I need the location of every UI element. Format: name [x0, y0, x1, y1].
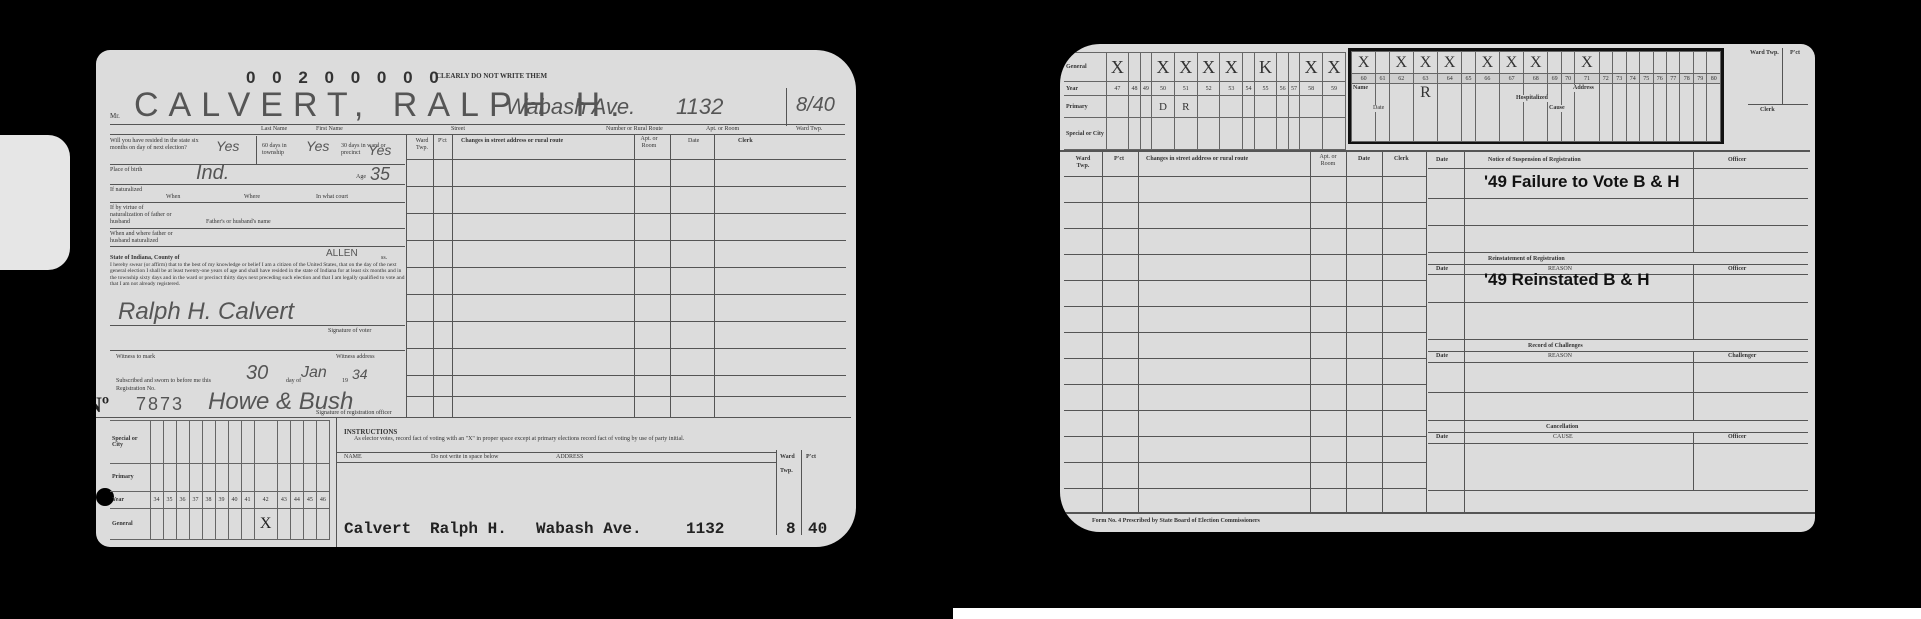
year-cell: 74	[1626, 74, 1639, 84]
typed-last-name: Calvert	[344, 520, 411, 538]
year-cell: 58	[1300, 82, 1323, 96]
corner-pct: P'ct	[1790, 50, 1800, 57]
value-residence-state: Yes	[216, 138, 239, 154]
label-when-where-father: When and where father or husband natural…	[110, 231, 175, 245]
label-do-not-write: Do not write in space below	[431, 454, 498, 461]
label-where: Where	[244, 194, 260, 201]
general-vote-mark: X	[1300, 53, 1323, 82]
year-cell: 57	[1288, 82, 1299, 96]
year-cell: 78	[1680, 74, 1693, 84]
row-label-year: Year	[1064, 82, 1106, 96]
suspension-entry: '49 Failure to Vote B & H	[1484, 172, 1679, 192]
general-vote-mark: X	[1438, 52, 1462, 74]
value-sworn-day: 30	[246, 362, 268, 385]
label-street: Street	[451, 126, 465, 133]
header-ward-twp: Ward Twp.	[1070, 156, 1096, 170]
label-residence-state: Will you have resided in the state six m…	[110, 138, 210, 152]
general-vote-mark: K	[1254, 53, 1277, 82]
street-handwritten: Wabash Ave.	[506, 94, 635, 120]
general-vote-mark: X	[1389, 52, 1413, 74]
voter-signature: Ralph H. Calvert	[118, 298, 294, 326]
year-cell: 64	[1438, 74, 1462, 84]
year-cell: 76	[1653, 74, 1666, 84]
label-residence-township: 60 days in township	[262, 143, 302, 157]
row-label-general: General	[110, 508, 150, 539]
year-cell: 75	[1640, 74, 1653, 84]
year-cell: 41	[241, 491, 254, 508]
year-cell: 66	[1475, 74, 1499, 84]
year-cell: 73	[1613, 74, 1626, 84]
label-twp-bottom: Twp.	[780, 468, 793, 475]
label-witness-address: Witness address	[336, 354, 375, 361]
value-sworn-year: 34	[352, 366, 368, 382]
label-witness-to-mark: Witness to mark	[116, 354, 155, 361]
title-prefix: Mr.	[110, 112, 120, 120]
viewer-bottom-strip	[953, 608, 1921, 619]
cancellation-title: Cancellation	[1546, 424, 1578, 431]
label-signature-officer: Signature of registration officer	[316, 410, 392, 417]
general-vote-mark: X	[1152, 53, 1175, 82]
challenges-date-header: Date	[1436, 353, 1448, 360]
header-date: Date	[1358, 156, 1370, 163]
header-changes: Changes in street address or rural route	[461, 138, 563, 145]
year-cell: 50	[1152, 82, 1175, 96]
year-cell: 46	[316, 491, 329, 508]
corner-ward-twp: Ward Twp.	[1750, 50, 1779, 57]
row-label-primary: Primary	[1064, 95, 1106, 118]
value-place-of-birth: Ind.	[196, 162, 229, 185]
label-name-grid: Name	[1353, 85, 1368, 92]
value-sworn-month: Jan	[301, 364, 327, 382]
general-vote-mark: X	[1174, 53, 1197, 82]
year-cell: 61	[1376, 74, 1389, 84]
general-vote-mark: X	[1475, 52, 1499, 74]
year-cell: 70	[1561, 74, 1574, 84]
label-first-name: First Name	[316, 126, 343, 133]
year-cell: 48	[1129, 82, 1140, 96]
row-label-special: Special or City	[1064, 118, 1106, 150]
year-cell: 69	[1548, 74, 1561, 84]
year-cell: 54	[1243, 82, 1254, 96]
value-residence-township: Yes	[306, 138, 329, 154]
year-cell: 44	[290, 491, 303, 508]
row-label-primary: Primary	[110, 463, 150, 491]
label-date-grid: Date	[1373, 105, 1384, 112]
year-cell: 39	[215, 491, 228, 508]
label-county-ss: ss.	[381, 255, 387, 262]
oath-text: I hereby swear (or affirm) that to the b…	[110, 262, 405, 288]
voting-grid-back-b: X X X X X X X X 60 61 62 63 64 65 66	[1348, 48, 1724, 144]
year-cell: 40	[228, 491, 241, 508]
primary-vote-mark: R	[1174, 95, 1197, 118]
label-year-prefix: 19	[342, 378, 348, 385]
year-cell: 34	[150, 491, 163, 508]
instructions-text: As elector votes, record fact of voting …	[354, 436, 774, 443]
instructions-title: INSTRUCTIONS	[344, 428, 397, 436]
row-label-special: Special or City	[110, 421, 150, 464]
label-derivative-naturalization: If by virtue of naturalization of father…	[110, 205, 175, 226]
year-cell: 42	[254, 491, 277, 508]
year-cell: 63	[1413, 74, 1437, 84]
no-symbol: Nº	[96, 392, 109, 418]
label-number-rural: Number or Rural Route	[606, 126, 663, 133]
header-date: Date	[688, 138, 699, 145]
year-cell: 79	[1693, 74, 1706, 84]
label-address-grid: Address	[1573, 85, 1594, 92]
year-cell: 47	[1106, 82, 1129, 96]
header-pct: P'ct	[438, 138, 447, 145]
label-fathers-name: Father's or husband's name	[206, 219, 271, 226]
label-signature-of-voter: Signature of voter	[328, 328, 371, 335]
year-cell: 72	[1599, 74, 1612, 84]
header-clerk: Clerk	[738, 138, 753, 145]
year-cell: 36	[176, 491, 189, 508]
form-footer: Form No. 4 Prescribed by State Board of …	[1092, 518, 1260, 525]
general-vote-mark: X	[1220, 53, 1243, 82]
year-cell: 52	[1197, 82, 1220, 96]
general-vote-mark: X	[1352, 52, 1376, 74]
label-state-county: State of Indiana, County of	[110, 255, 180, 262]
typed-street: Wabash Ave.	[536, 520, 642, 538]
label-hospitalized: Hospitalized	[1516, 95, 1548, 102]
challenges-reason-header: REASON	[1548, 353, 1572, 360]
cancellation-officer-header: Officer	[1728, 434, 1746, 441]
year-cell: 67	[1499, 74, 1523, 84]
header-ward-twp: Ward Twp.	[410, 138, 434, 152]
row-label-general: General	[1064, 53, 1106, 82]
challenges-challenger-header: Challenger	[1728, 353, 1756, 360]
general-vote-mark: X	[1323, 53, 1346, 82]
reinstatement-entry: '49 Reinstated B & H	[1484, 270, 1650, 290]
year-cell: 35	[163, 491, 176, 508]
challenges-title: Record of Challenges	[1528, 343, 1583, 350]
general-vote-mark: X	[254, 508, 277, 539]
general-vote-mark: X	[1499, 52, 1523, 74]
registration-card-front: 0 0 2 0 0 0 0 0 CLEARLY DO NOT WRITE THE…	[96, 50, 856, 547]
label-cause-grid: Cause	[1549, 105, 1565, 112]
year-cell: 59	[1323, 82, 1346, 96]
label-ward-bottom: Ward	[780, 454, 795, 461]
typed-first-name: Ralph H.	[430, 520, 507, 538]
changes-table-back: Ward Twp. P'ct Changes in street address…	[1064, 152, 1428, 512]
label-registration-no: Registration No.	[116, 386, 156, 393]
header-clerk: Clerk	[1394, 156, 1409, 163]
label-apt-room: Apt. or Room	[706, 126, 739, 133]
ward-precinct-handwritten: 8/40	[796, 94, 835, 117]
label-place-of-birth: Place of birth	[110, 167, 150, 174]
year-cell: 56	[1277, 82, 1288, 96]
year-cell: 49	[1140, 82, 1151, 96]
value-county: ALLEN	[326, 248, 358, 259]
year-cell: 62	[1389, 74, 1413, 84]
label-pct-bottom: P'ct	[806, 454, 816, 461]
typed-house-number: 1132	[686, 520, 724, 538]
year-cell: 60	[1352, 74, 1376, 84]
status-sections: Date Notice of Suspension of Registratio…	[1428, 152, 1808, 512]
typed-ward: 8	[786, 520, 796, 538]
reinstatement-officer-header: Officer	[1728, 266, 1746, 273]
header-apt-room: Apt. or Room	[634, 136, 664, 150]
registration-card-back: General X X X X X K X X Year 47 48 49 50…	[1060, 44, 1815, 532]
year-cell: 77	[1666, 74, 1679, 84]
reinstatement-date-header: Date	[1436, 266, 1448, 273]
voting-grid-front: Special or City Primary Year 34 35 36 37…	[110, 420, 330, 540]
row-label-year: Year	[110, 491, 150, 508]
year-cell: 51	[1174, 82, 1197, 96]
corner-clerk: Clerk	[1760, 107, 1775, 114]
label-subscribed-sworn: Subscribed and sworn to before me this	[116, 378, 211, 385]
label-address-bottom: ADDRESS	[556, 454, 583, 461]
value-residence-ward: Yes	[368, 142, 391, 158]
header-changes: Changes in street address or rural route	[1146, 156, 1248, 163]
registration-serial: 0 0 2 0 0 0 0 0	[246, 68, 445, 88]
cancellation-date-header: Date	[1436, 434, 1448, 441]
header-instruction: CLEARLY DO NOT WRITE THEM	[436, 72, 547, 80]
general-vote-mark: X	[1524, 52, 1548, 74]
label-age: Age	[356, 174, 366, 181]
label-in-what-court: In what court	[316, 194, 348, 201]
year-cell: 45	[303, 491, 316, 508]
voting-grid-back-a: General X X X X X K X X Year 47 48 49 50…	[1064, 52, 1346, 150]
year-cell: 55	[1254, 82, 1277, 96]
changes-table-front: Ward Twp. P'ct Changes in street address…	[406, 134, 846, 417]
general-vote-mark: X	[1197, 53, 1220, 82]
typed-precinct: 40	[808, 520, 827, 538]
label-name-bottom: NAME	[344, 454, 362, 461]
year-cell: 68	[1524, 74, 1548, 84]
suspension-officer-header: Officer	[1728, 157, 1746, 164]
value-age: 35	[370, 164, 390, 185]
primary-vote-mark: R	[1413, 84, 1437, 142]
suspension-title: Notice of Suspension of Registration	[1488, 157, 1581, 164]
year-cell: 80	[1707, 74, 1721, 84]
header-pct: P'ct	[1114, 156, 1124, 163]
year-cell: 65	[1462, 74, 1475, 84]
label-ward-twp-top: Ward Twp.	[796, 126, 822, 133]
label-day-of: day of	[286, 378, 301, 385]
suspension-date-header: Date	[1436, 157, 1448, 164]
label-last-name: Last Name	[261, 126, 287, 133]
adjacent-card-edge	[0, 135, 70, 270]
general-vote-mark: X	[1575, 52, 1599, 74]
year-cell: 37	[189, 491, 202, 508]
year-cell: 38	[202, 491, 215, 508]
year-cell: 71	[1575, 74, 1599, 84]
label-naturalized: If naturalized	[110, 187, 160, 194]
label-when: When	[166, 194, 180, 201]
cancellation-cause-header: CAUSE	[1553, 434, 1573, 441]
primary-vote-mark: D	[1152, 95, 1175, 118]
registration-number: 7873	[136, 394, 184, 415]
general-vote-mark: X	[1106, 53, 1129, 82]
year-cell: 43	[277, 491, 290, 508]
house-number-handwritten: 1132	[676, 94, 723, 120]
general-vote-mark: X	[1413, 52, 1437, 74]
year-cell: 53	[1220, 82, 1243, 96]
reinstatement-title: Reinstatement of Registration	[1488, 256, 1565, 263]
header-apt-room: Apt. or Room	[1314, 154, 1342, 168]
